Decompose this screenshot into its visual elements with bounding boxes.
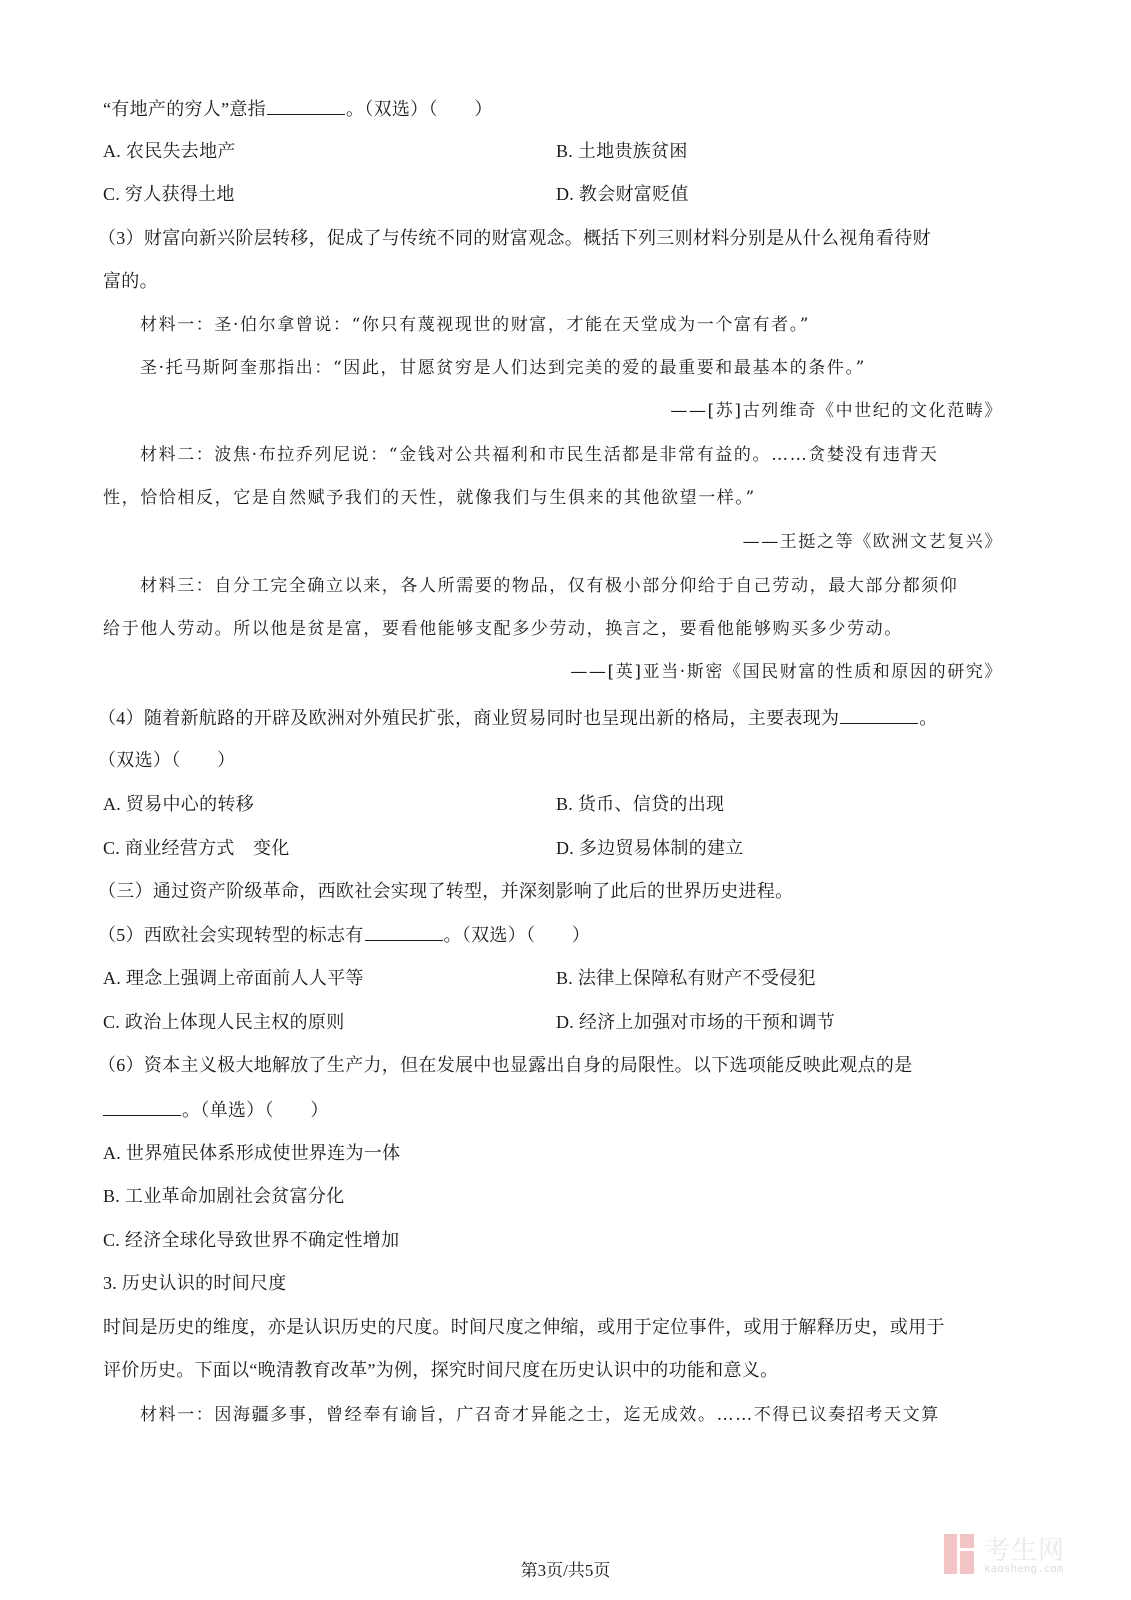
material-2-source: ——王挺之等《欧洲文艺复兴》 (743, 530, 1003, 554)
option-a: A. 农民失去地产 (103, 139, 236, 163)
kaosheng-logo-icon (944, 1534, 978, 1574)
question-stem: “有地产的穷人”意指。（双选）（ ） (103, 96, 493, 121)
option-b: B. 法律上保障私有财产不受侵犯 (556, 966, 816, 990)
question-stem-cont: 富的。 (103, 269, 158, 293)
stem-suffix: 。（双选）（ ） (346, 99, 493, 119)
question-intro-cont: 评价历史。下面以“晚清教育改革”为例，探究时间尺度在历史认识中的功能和意义。 (103, 1358, 778, 1382)
answer-blank (840, 705, 918, 724)
material-3-text-cont: 给于他人劳动。所以他是贫是富，要看他能够支配多少劳动，换言之，要看他能够购买多少… (103, 617, 903, 641)
stem-text: （5）西欧社会实现转型的标志有 (98, 925, 364, 945)
material-1-text: 材料一：圣·伯尔拿曾说：“你只有蔑视现世的财富，才能在天堂成为一个富有者。” (140, 313, 810, 337)
stem-suffix: 。 (919, 708, 937, 728)
option-a: A. 理念上强调上帝面前人人平等 (103, 966, 364, 990)
question-intro: 时间是历史的维度，亦是认识历史的尺度。时间尺度之伸缩，或用于定位事件，或用于解释… (103, 1315, 945, 1339)
question-stem: （5）西欧社会实现转型的标志有。（双选）（ ） (98, 922, 590, 947)
option-c: C. 穷人获得土地 (103, 182, 235, 206)
exam-page: “有地产的穷人”意指。（双选）（ ） A. 农民失去地产 B. 土地贵族贫困 C… (0, 0, 1131, 1600)
option-b: B. 土地贵族贫困 (556, 139, 688, 163)
option-c: C. 经济全球化导致世界不确定性增加 (103, 1228, 399, 1252)
option-d: D. 多边贸易体制的建立 (556, 836, 744, 860)
section-heading: （三）通过资产阶级革命，西欧社会实现了转型，并深刻影响了此后的世界历史进程。 (98, 879, 793, 903)
option-a: A. 贸易中心的转移 (103, 792, 254, 816)
material-1-text-cont: 圣·托马斯阿奎那指出：“因此，甘愿贫穷是人们达到完美的爱的最重要和最基本的条件。… (140, 356, 866, 380)
answer-blank (365, 922, 443, 941)
stem-suffix: 。（单选）（ ） (182, 1100, 329, 1120)
material-3-source: ——[英]亚当·斯密《国民财富的性质和原因的研究》 (570, 660, 1003, 684)
answer-blank (103, 1097, 181, 1116)
material-2-text: 材料二：波焦·布拉乔列尼说：“金钱对公共福利和市民生活都是非常有益的。……贪婪没… (140, 443, 939, 467)
option-d: D. 经济上加强对市场的干预和调节 (556, 1010, 835, 1034)
stem-text: （4）随着新航路的开辟及欧洲对外殖民扩张，商业贸易同时也呈现出新的格局，主要表现… (98, 708, 839, 728)
answer-blank (267, 96, 345, 115)
option-b: B. 工业革命加剧社会贫富分化 (103, 1184, 345, 1208)
stem-suffix: 。（双选）（ ） (444, 925, 591, 945)
question-stem: （3）财富向新兴阶层转移，促成了与传统不同的财富观念。概括下列三则材料分别是从什… (98, 226, 931, 250)
watermark-url: kaosheng.com (984, 1562, 1063, 1575)
option-a: A. 世界殖民体系形成使世界连为一体 (103, 1141, 400, 1165)
material-3-text: 材料三：自分工完全确立以来，各人所需要的物品，仅有极小部分仰给于自己劳动，最大部… (140, 574, 958, 598)
material-1-source: ——[苏]古列维奇《中世纪的文化范畴》 (670, 399, 1003, 423)
option-b: B. 货币、信贷的出现 (556, 792, 724, 816)
question-stem: （4）随着新航路的开辟及欧洲对外殖民扩张，商业贸易同时也呈现出新的格局，主要表现… (98, 705, 938, 730)
option-c: C. 政治上体现人民主权的原则 (103, 1010, 345, 1034)
stem-text: “有地产的穷人”意指 (103, 99, 266, 119)
question-title: 3. 历史认识的时间尺度 (103, 1271, 287, 1295)
option-c: C. 商业经营方式 变化 (103, 836, 290, 860)
question-stem-cont: 。（单选）（ ） (103, 1097, 329, 1122)
option-d: D. 教会财富贬值 (556, 182, 689, 206)
material-1-text: 材料一：因海疆多事，曾经奉有谕旨，广召奇才异能之士，迄无成效。……不得已议奏招考… (140, 1403, 940, 1427)
question-stem-cont: （双选）（ ） (98, 748, 235, 772)
watermark: 考生网 kaosheng.com (944, 1530, 1094, 1580)
question-stem: （6）资本主义极大地解放了生产力，但在发展中也显露出自身的局限性。以下选项能反映… (98, 1053, 913, 1077)
material-2-text-cont: 性，恰恰相反，它是自然赋予我们的天性，就像我们与生俱来的其他欲望一样。” (103, 486, 756, 510)
